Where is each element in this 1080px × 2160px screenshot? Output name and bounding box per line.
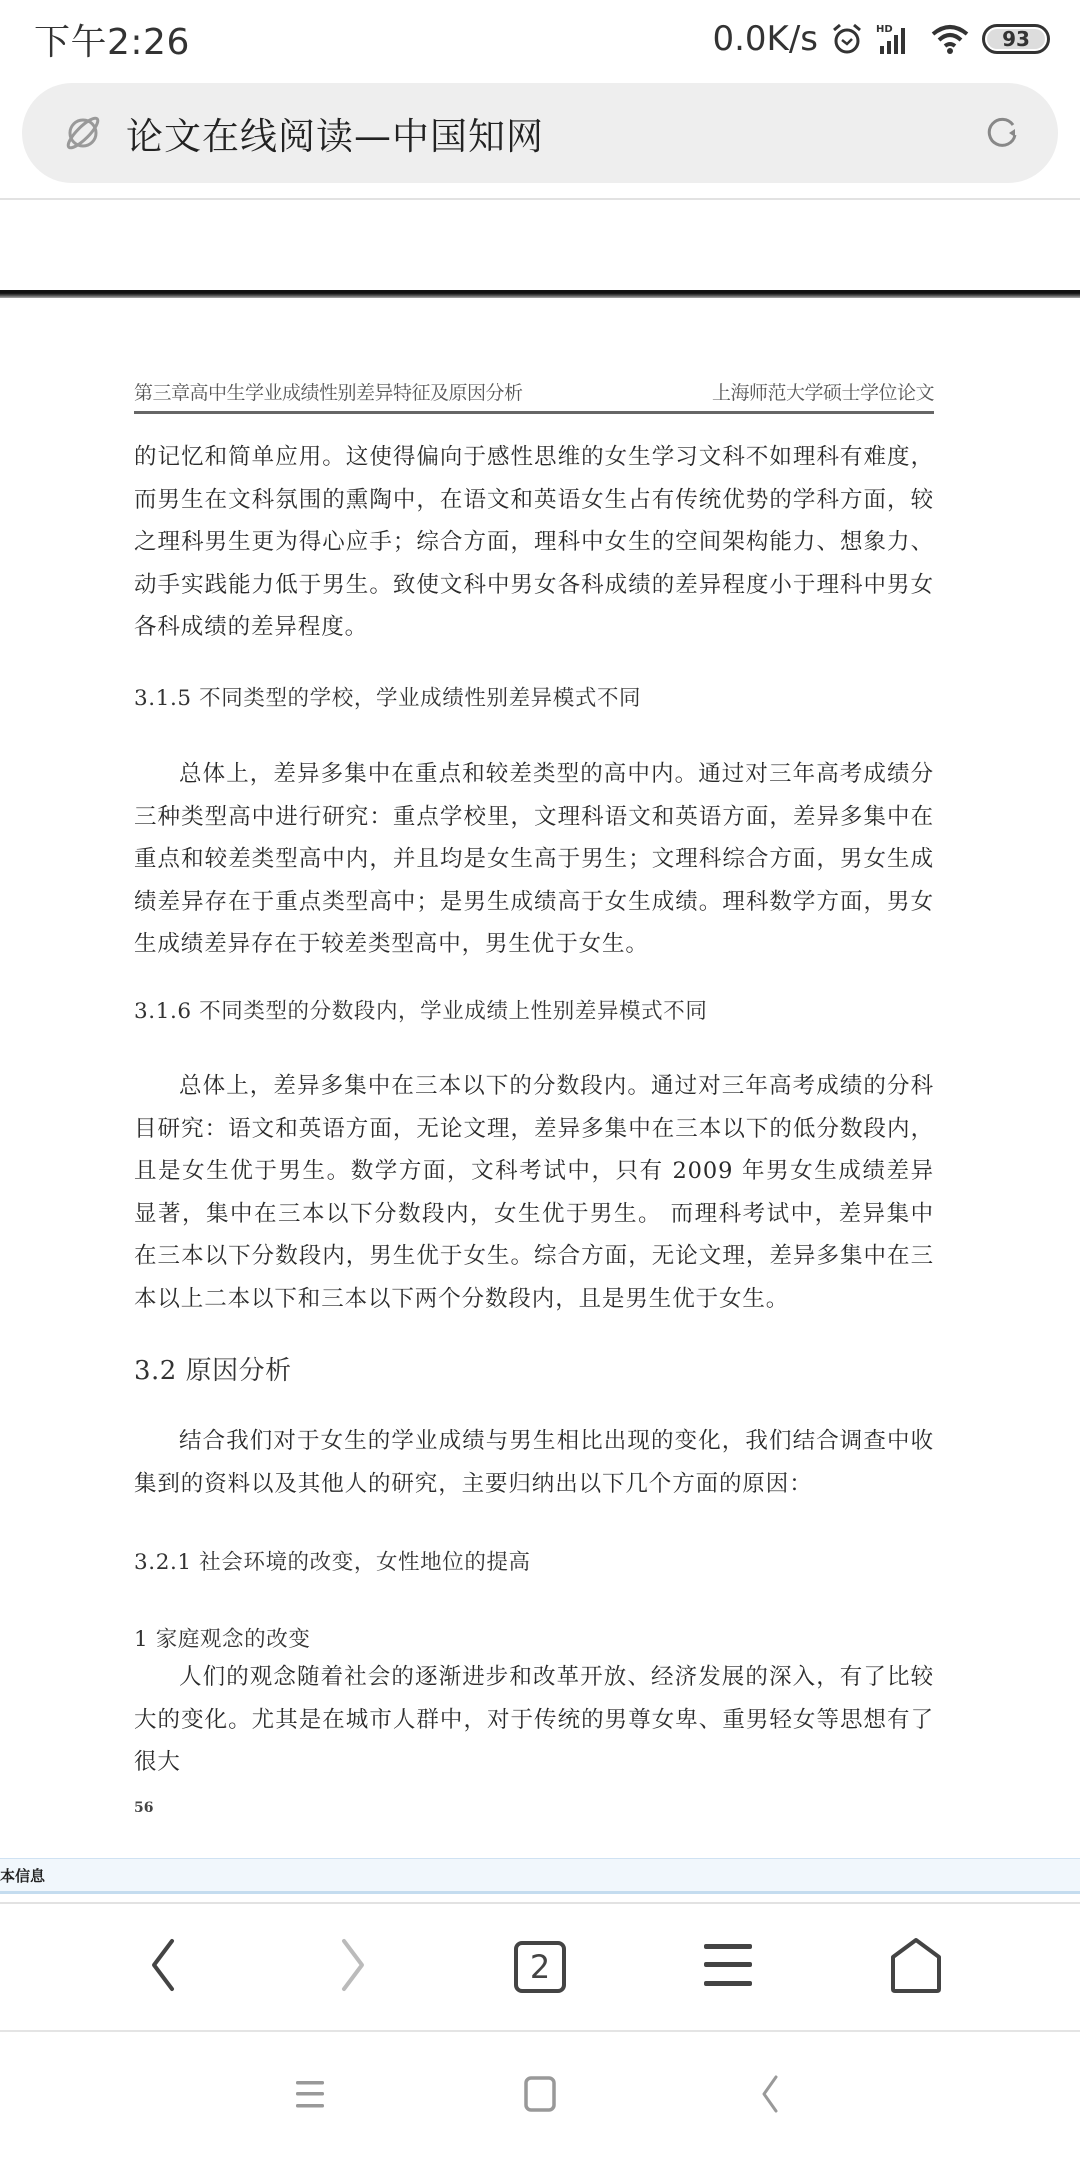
list-heading-1: 1 家庭观念的改变 [134, 1622, 310, 1653]
section-heading-3-1-5: 3.1.5 不同类型的学校，学业成绩性别差异模式不同 [134, 681, 641, 712]
menu-button[interactable] [678, 1917, 778, 2017]
battery-level: 93 [987, 29, 1045, 49]
paragraph: 的记忆和简单应用。这使得偏向于感性思维的女生学习文科不如理科有难度，而男生在文科… [134, 436, 934, 649]
menu-icon [702, 1942, 754, 1992]
paragraph: 总体上，差异多集中在三本以下的分数段内。通过对三年高考成绩的分科目研究：语文和英… [134, 1065, 934, 1320]
svg-text:HD: HD [876, 24, 893, 35]
page-number: 56 [134, 1800, 153, 1816]
alarm-icon [830, 22, 864, 56]
section-heading-3-1-6: 3.1.6 不同类型的分数段内，学业成绩上性别差异模式不同 [134, 994, 707, 1025]
system-home-button[interactable] [500, 2056, 580, 2136]
battery-icon: 93 [982, 24, 1050, 54]
hd-signal-icon: HD [876, 22, 918, 56]
wifi-icon [930, 23, 970, 55]
running-header-right: 上海师范大学硕士学位论文 [712, 378, 934, 405]
running-header: 第三章高中生学业成绩性别差异特征及原因分析 上海师范大学硕士学位论文 [134, 378, 934, 414]
square-home-icon [524, 2076, 556, 2116]
system-navigation-bar [0, 2032, 1080, 2160]
page-separator [0, 290, 1080, 298]
document-viewer[interactable]: 第三章高中生学业成绩性别差异特征及原因分析 上海师范大学硕士学位论文 的记忆和简… [0, 200, 1080, 1858]
running-header-left: 第三章高中生学业成绩性别差异特征及原因分析 [134, 378, 523, 405]
recents-button[interactable] [270, 2056, 350, 2136]
network-speed: 0.0K/s [712, 19, 818, 59]
system-back-button[interactable] [730, 2056, 810, 2136]
status-time: 下午2:26 [34, 14, 190, 65]
reload-icon[interactable] [982, 113, 1022, 153]
paragraph: 结合我们对于女生的学业成绩与男生相比出现的变化，我们结合调查中收集到的资料以及其… [134, 1420, 934, 1505]
status-bar: 下午2:26 0.0K/s HD 93 [0, 0, 1080, 78]
section-heading-3-2: 3.2 原因分析 [134, 1350, 292, 1387]
home-button[interactable] [866, 1917, 966, 2017]
paragraph: 总体上，差异多集中在重点和较差类型的高中内。通过对三年高考成绩分三种类型高中进行… [134, 753, 934, 966]
address-bar[interactable]: 论文在线阅读—中国知网 [22, 83, 1058, 183]
back-icon [758, 2075, 782, 2117]
tab-count-badge: 2 [514, 1941, 566, 1993]
tabs-button[interactable]: 2 [490, 1917, 590, 2017]
chevron-left-icon [144, 1937, 184, 1997]
chevron-right-icon [332, 1937, 372, 1997]
section-heading-3-2-1: 3.2.1 社会环境的改变，女性地位的提高 [134, 1545, 531, 1576]
home-icon [889, 1937, 943, 1997]
paragraph: 人们的观念随着社会的逐渐进步和改革开放、经济发展的深入，有了比较大的变化。尤其是… [134, 1656, 934, 1784]
recents-icon [294, 2078, 326, 2114]
back-button[interactable] [114, 1917, 214, 2017]
info-strip-label[interactable]: 本信息 [0, 1865, 45, 1886]
info-strip[interactable]: 本信息 [0, 1858, 1080, 1894]
page-title[interactable]: 论文在线阅读—中国知网 [126, 106, 982, 160]
planet-icon [62, 112, 104, 154]
status-icons: 0.0K/s HD 93 [712, 19, 1050, 59]
forward-button[interactable] [302, 1917, 402, 2017]
browser-toolbar: 2 [0, 1904, 1080, 2030]
